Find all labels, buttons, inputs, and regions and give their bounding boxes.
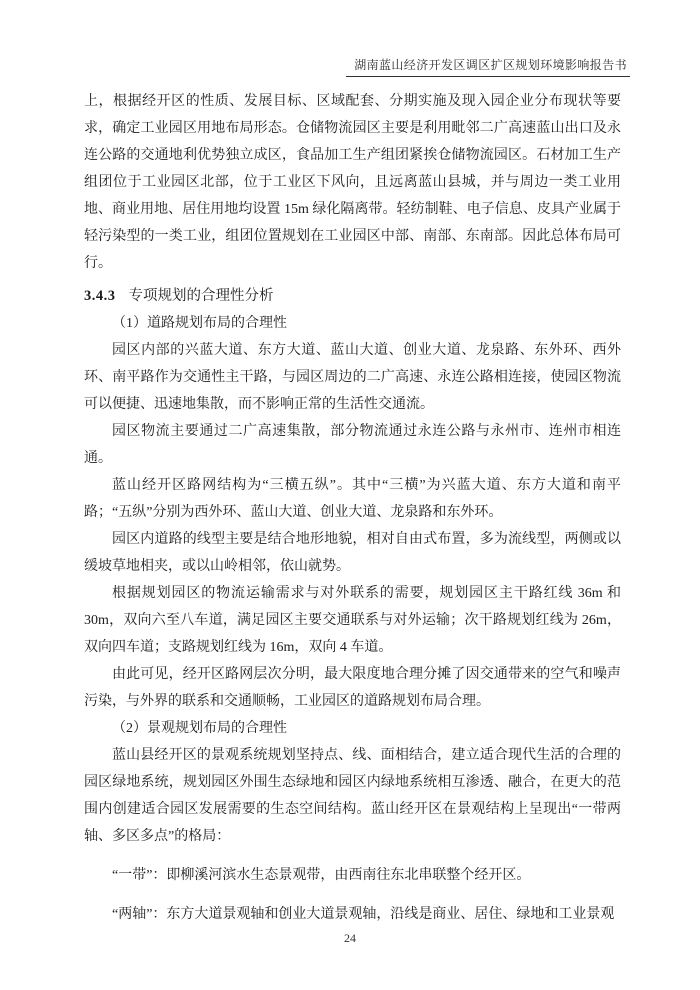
- list-item-belt: “一带”：即柳溪河滨水生态景观带，由西南往东北串联整个经开区。: [84, 862, 621, 889]
- section-title: 专项规划的合理性分析: [129, 288, 274, 304]
- body-paragraph: 由此可见，经开区路网层次分明，最大限度地合理分摊了因交通带来的空气和噪声污染，与…: [84, 661, 621, 715]
- document-body: 上，根据经开区的性质、发展目标、区域配套、分期实施及现入园企业分布现状等要求，确…: [84, 88, 621, 928]
- continued-paragraph: 上，根据经开区的性质、发展目标、区域配套、分期实施及现入园企业分布现状等要求，确…: [84, 88, 621, 277]
- body-paragraph: 蓝山经开区路网结构为“三横五纵”。其中“三横”为兴蓝大道、东方大道和南平路；“五…: [84, 472, 621, 526]
- section-number: 3.4.3: [84, 288, 116, 304]
- subsection-heading-2: （2）景观规划布局的合理性: [84, 715, 621, 742]
- document-page: 湖南蓝山经济开发区调区扩区规划环境影响报告书 上，根据经开区的性质、发展目标、区…: [0, 0, 700, 990]
- page-footer: 24: [0, 931, 700, 946]
- body-paragraph: 蓝山县经开区的景观系统规划坚持点、线、面相结合，建立适合现代生活的合理的园区绿地…: [84, 742, 621, 850]
- page-number: 24: [344, 931, 356, 945]
- body-paragraph: 园区物流主要通过二广高速集散，部分物流通过永连公路与永州市、连州市相连通。: [84, 418, 621, 472]
- list-item-axes: “两轴”：东方大道景观轴和创业大道景观轴，沿线是商业、居住、绿地和工业景观: [84, 901, 621, 928]
- body-paragraph: 园区内道路的线型主要是结合地形地貌，相对自由式布置，多为流线型，两侧或以缓坡草地…: [84, 526, 621, 580]
- subsection-heading-1: （1）道路规划布局的合理性: [84, 310, 621, 337]
- section-heading: 3.4.3专项规划的合理性分析: [84, 283, 621, 310]
- body-paragraph: 根据规划园区的物流运输需求与对外联系的需要，规划园区主干路红线 36m 和 30…: [84, 580, 621, 661]
- header-title: 湖南蓝山经济开发区调区扩区规划环境影响报告书: [346, 59, 630, 77]
- body-paragraph: 园区内部的兴蓝大道、东方大道、蓝山大道、创业大道、龙泉路、东外环、西外环、南平路…: [84, 337, 621, 418]
- page-header: 湖南蓝山经济开发区调区扩区规划环境影响报告书: [84, 57, 630, 77]
